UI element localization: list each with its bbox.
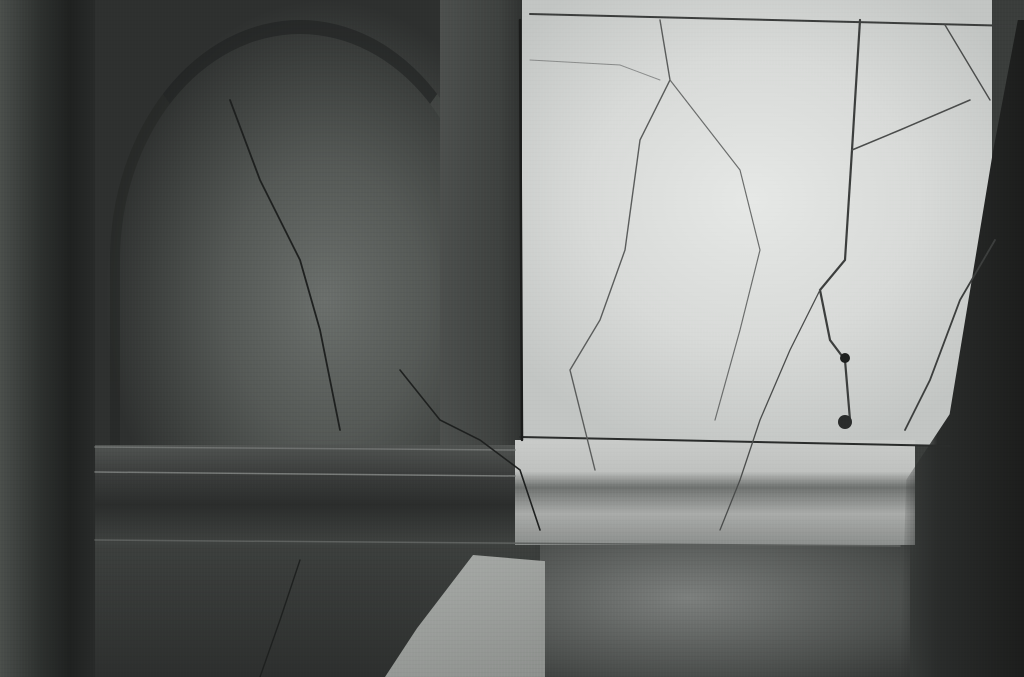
film-grain-overlay [0,0,1024,677]
fresco-wall-photo [0,0,1024,677]
